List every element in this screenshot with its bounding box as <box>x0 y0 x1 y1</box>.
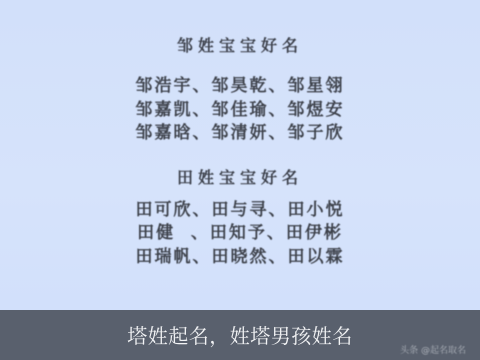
section-title-zou: 邹姓宝宝好名 <box>0 33 480 56</box>
name-row: 田瑞帆、田晓然、田以霖 <box>0 242 480 267</box>
name-row: 邹嘉晗、邹清妍、邹子欣 <box>0 118 480 143</box>
section-title-tian: 田姓宝宝好名 <box>0 165 480 188</box>
name-row: 邹浩宇、邹昊乾、邹星翎 <box>0 71 480 96</box>
watermark: 头条 @起名取名 <box>400 343 466 356</box>
name-row: 田健 、田知予、田伊彬 <box>0 218 480 243</box>
caption-bar: 塔姓起名，姓塔男孩姓名 头条 @起名取名 <box>0 310 480 360</box>
name-row: 邹嘉凯、邹佳瑜、邹煜安 <box>0 95 480 120</box>
name-row: 田可欣、田与寻、田小悦 <box>0 195 480 220</box>
slide-image: 邹姓宝宝好名 邹浩宇、邹昊乾、邹星翎 邹嘉凯、邹佳瑜、邹煜安 邹嘉晗、邹清妍、邹… <box>0 0 480 310</box>
